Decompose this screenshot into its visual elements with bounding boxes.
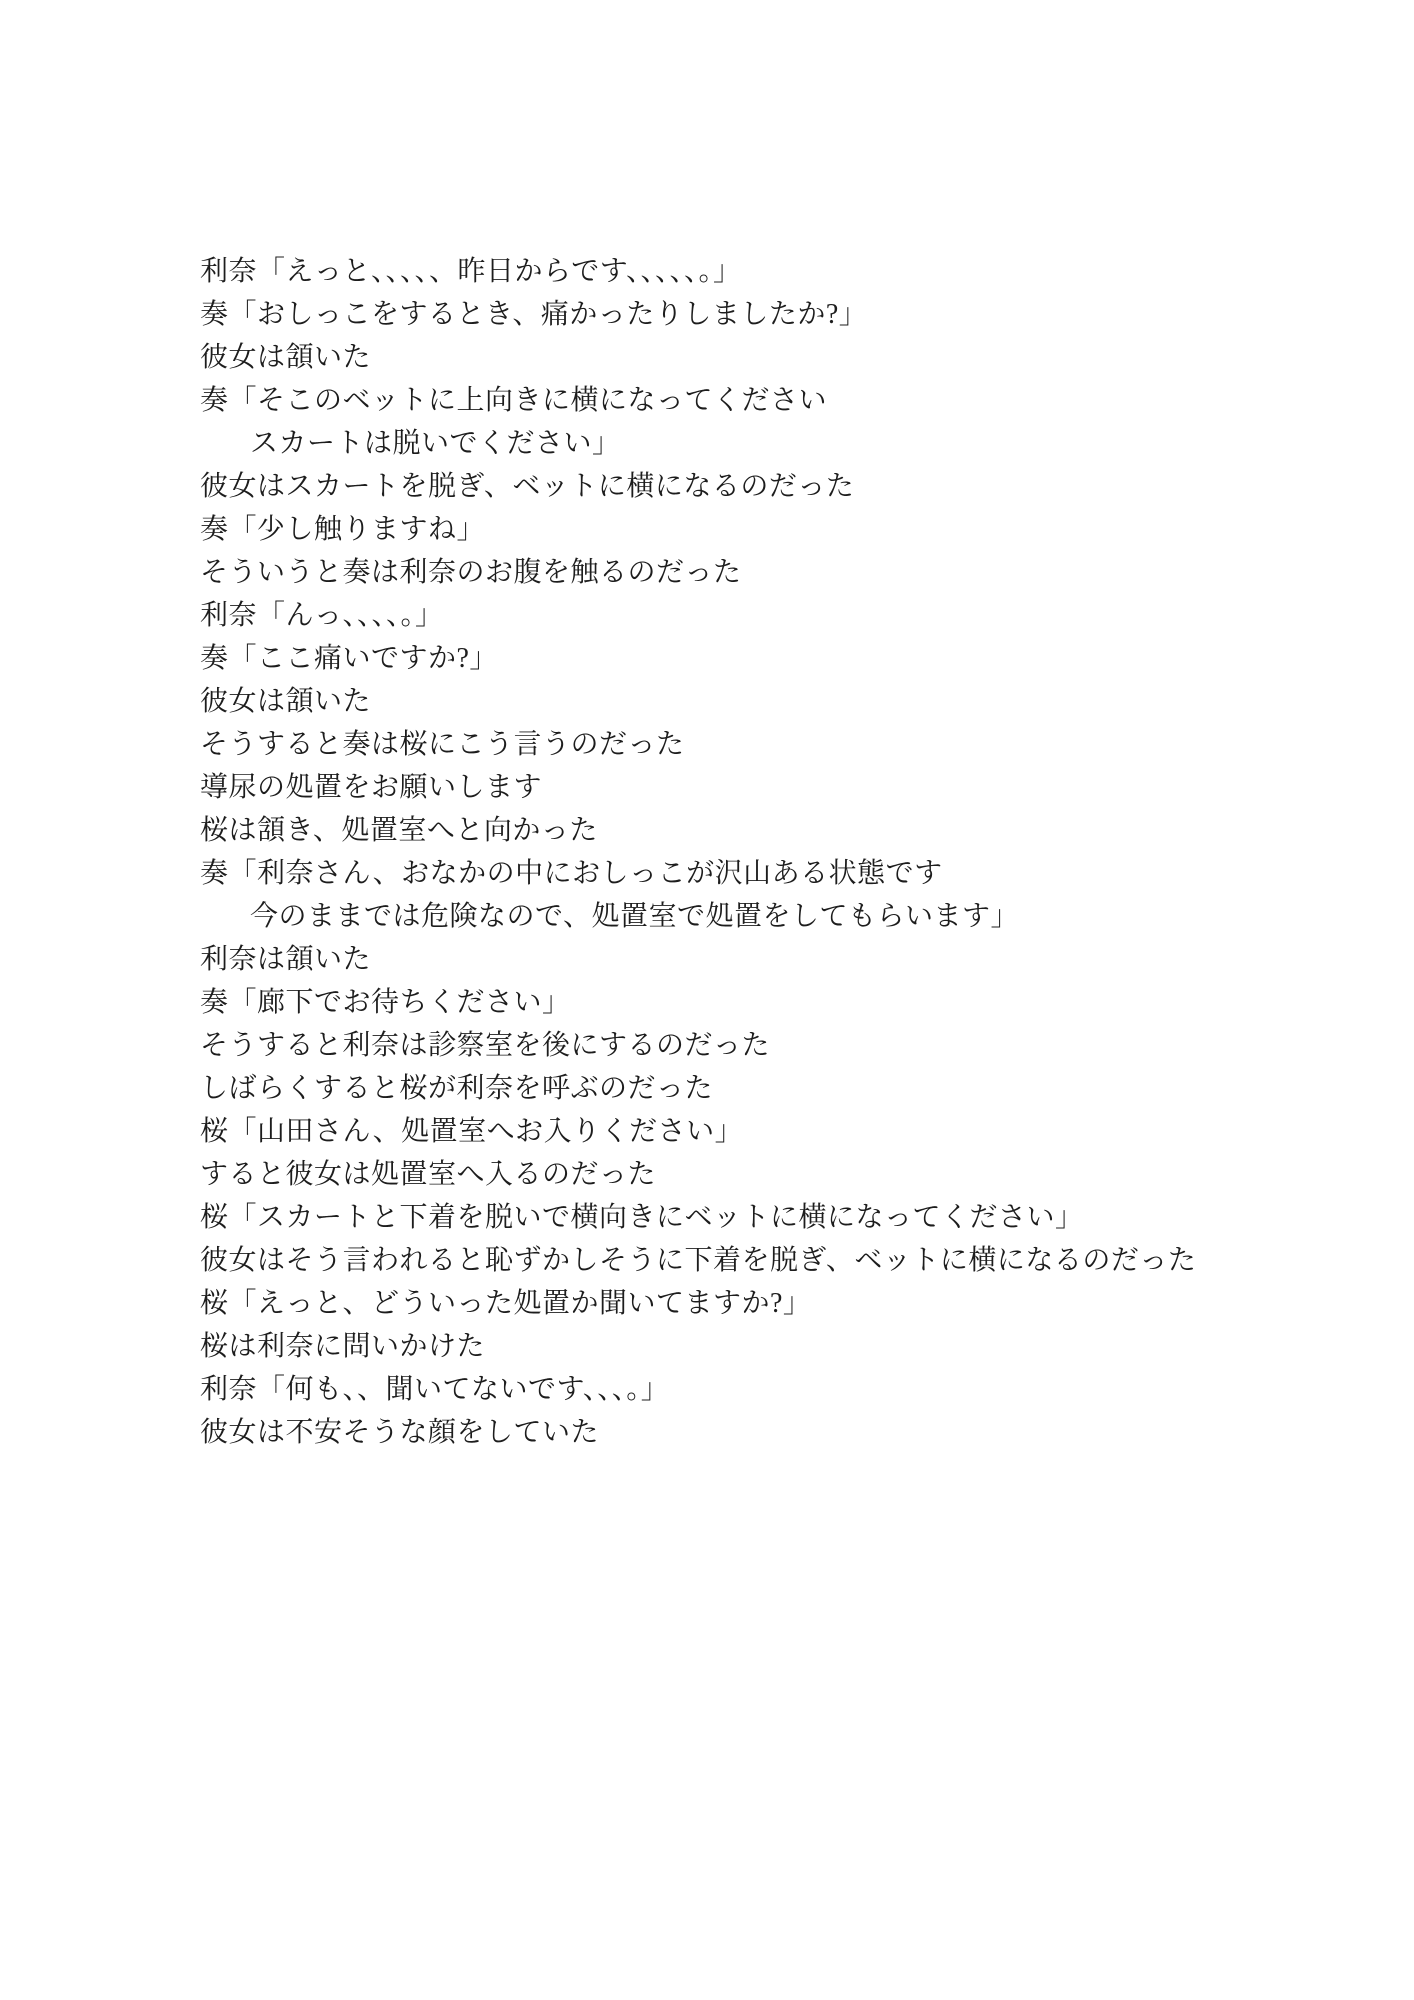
- text-line: 奏「廊下でお待ちください」: [200, 981, 1270, 1024]
- text-line: 桜は利奈に問いかけた: [200, 1325, 1270, 1368]
- text-line: 今のままでは危険なので、処置室で処置をしてもらいます」: [200, 895, 1270, 938]
- text-line: 奏「おしっこをするとき、痛かったりしましたか?」: [200, 293, 1270, 336]
- text-line: 桜「スカートと下着を脱いで横向きにベットに横になってください」: [200, 1196, 1270, 1239]
- text-line: 彼女は不安そうな顔をしていた: [200, 1411, 1270, 1454]
- text-line: しばらくすると桜が利奈を呼ぶのだった: [200, 1067, 1270, 1110]
- text-line: 利奈「何も、、聞いてないです、、、。」: [200, 1368, 1270, 1411]
- text-line: 彼女はそう言われると恥ずかしそうに下着を脱ぎ、ベットに横になるのだった: [200, 1239, 1270, 1282]
- text-line: 桜「えっと、どういった処置か聞いてますか?」: [200, 1282, 1270, 1325]
- text-line: 奏「利奈さん、おなかの中におしっこが沢山ある状態です: [200, 852, 1270, 895]
- text-line: そうすると利奈は診察室を後にするのだった: [200, 1024, 1270, 1067]
- text-line: 利奈「えっと、、、、、昨日からです、、、、、。」: [200, 250, 1270, 293]
- text-line: 利奈は頷いた: [200, 938, 1270, 981]
- text-line: 利奈「んっ、、、、。」: [200, 594, 1270, 637]
- text-line: そういうと奏は利奈のお腹を触るのだった: [200, 551, 1270, 594]
- text-line: すると彼女は処置室へ入るのだった: [200, 1153, 1270, 1196]
- text-line: 導尿の処置をお願いします: [200, 766, 1270, 809]
- text-line: 奏「ここ痛いですか?」: [200, 637, 1270, 680]
- text-line: スカートは脱いでください」: [200, 422, 1270, 465]
- text-line: 彼女は頷いた: [200, 336, 1270, 379]
- text-line: そうすると奏は桜にこう言うのだった: [200, 723, 1270, 766]
- text-line: 奏「そこのベットに上向きに横になってください: [200, 379, 1270, 422]
- text-line: 彼女は頷いた: [200, 680, 1270, 723]
- text-line: 桜は頷き、処置室へと向かった: [200, 809, 1270, 852]
- text-line: 彼女はスカートを脱ぎ、ベットに横になるのだった: [200, 465, 1270, 508]
- text-block: 利奈「えっと、、、、、昨日からです、、、、、。」奏「おしっこをするとき、痛かった…: [200, 250, 1270, 1454]
- text-line: 奏「少し触りますね」: [200, 508, 1270, 551]
- document-page: 利奈「えっと、、、、、昨日からです、、、、、。」奏「おしっこをするとき、痛かった…: [0, 0, 1414, 2000]
- text-line: 桜「山田さん、処置室へお入りください」: [200, 1110, 1270, 1153]
